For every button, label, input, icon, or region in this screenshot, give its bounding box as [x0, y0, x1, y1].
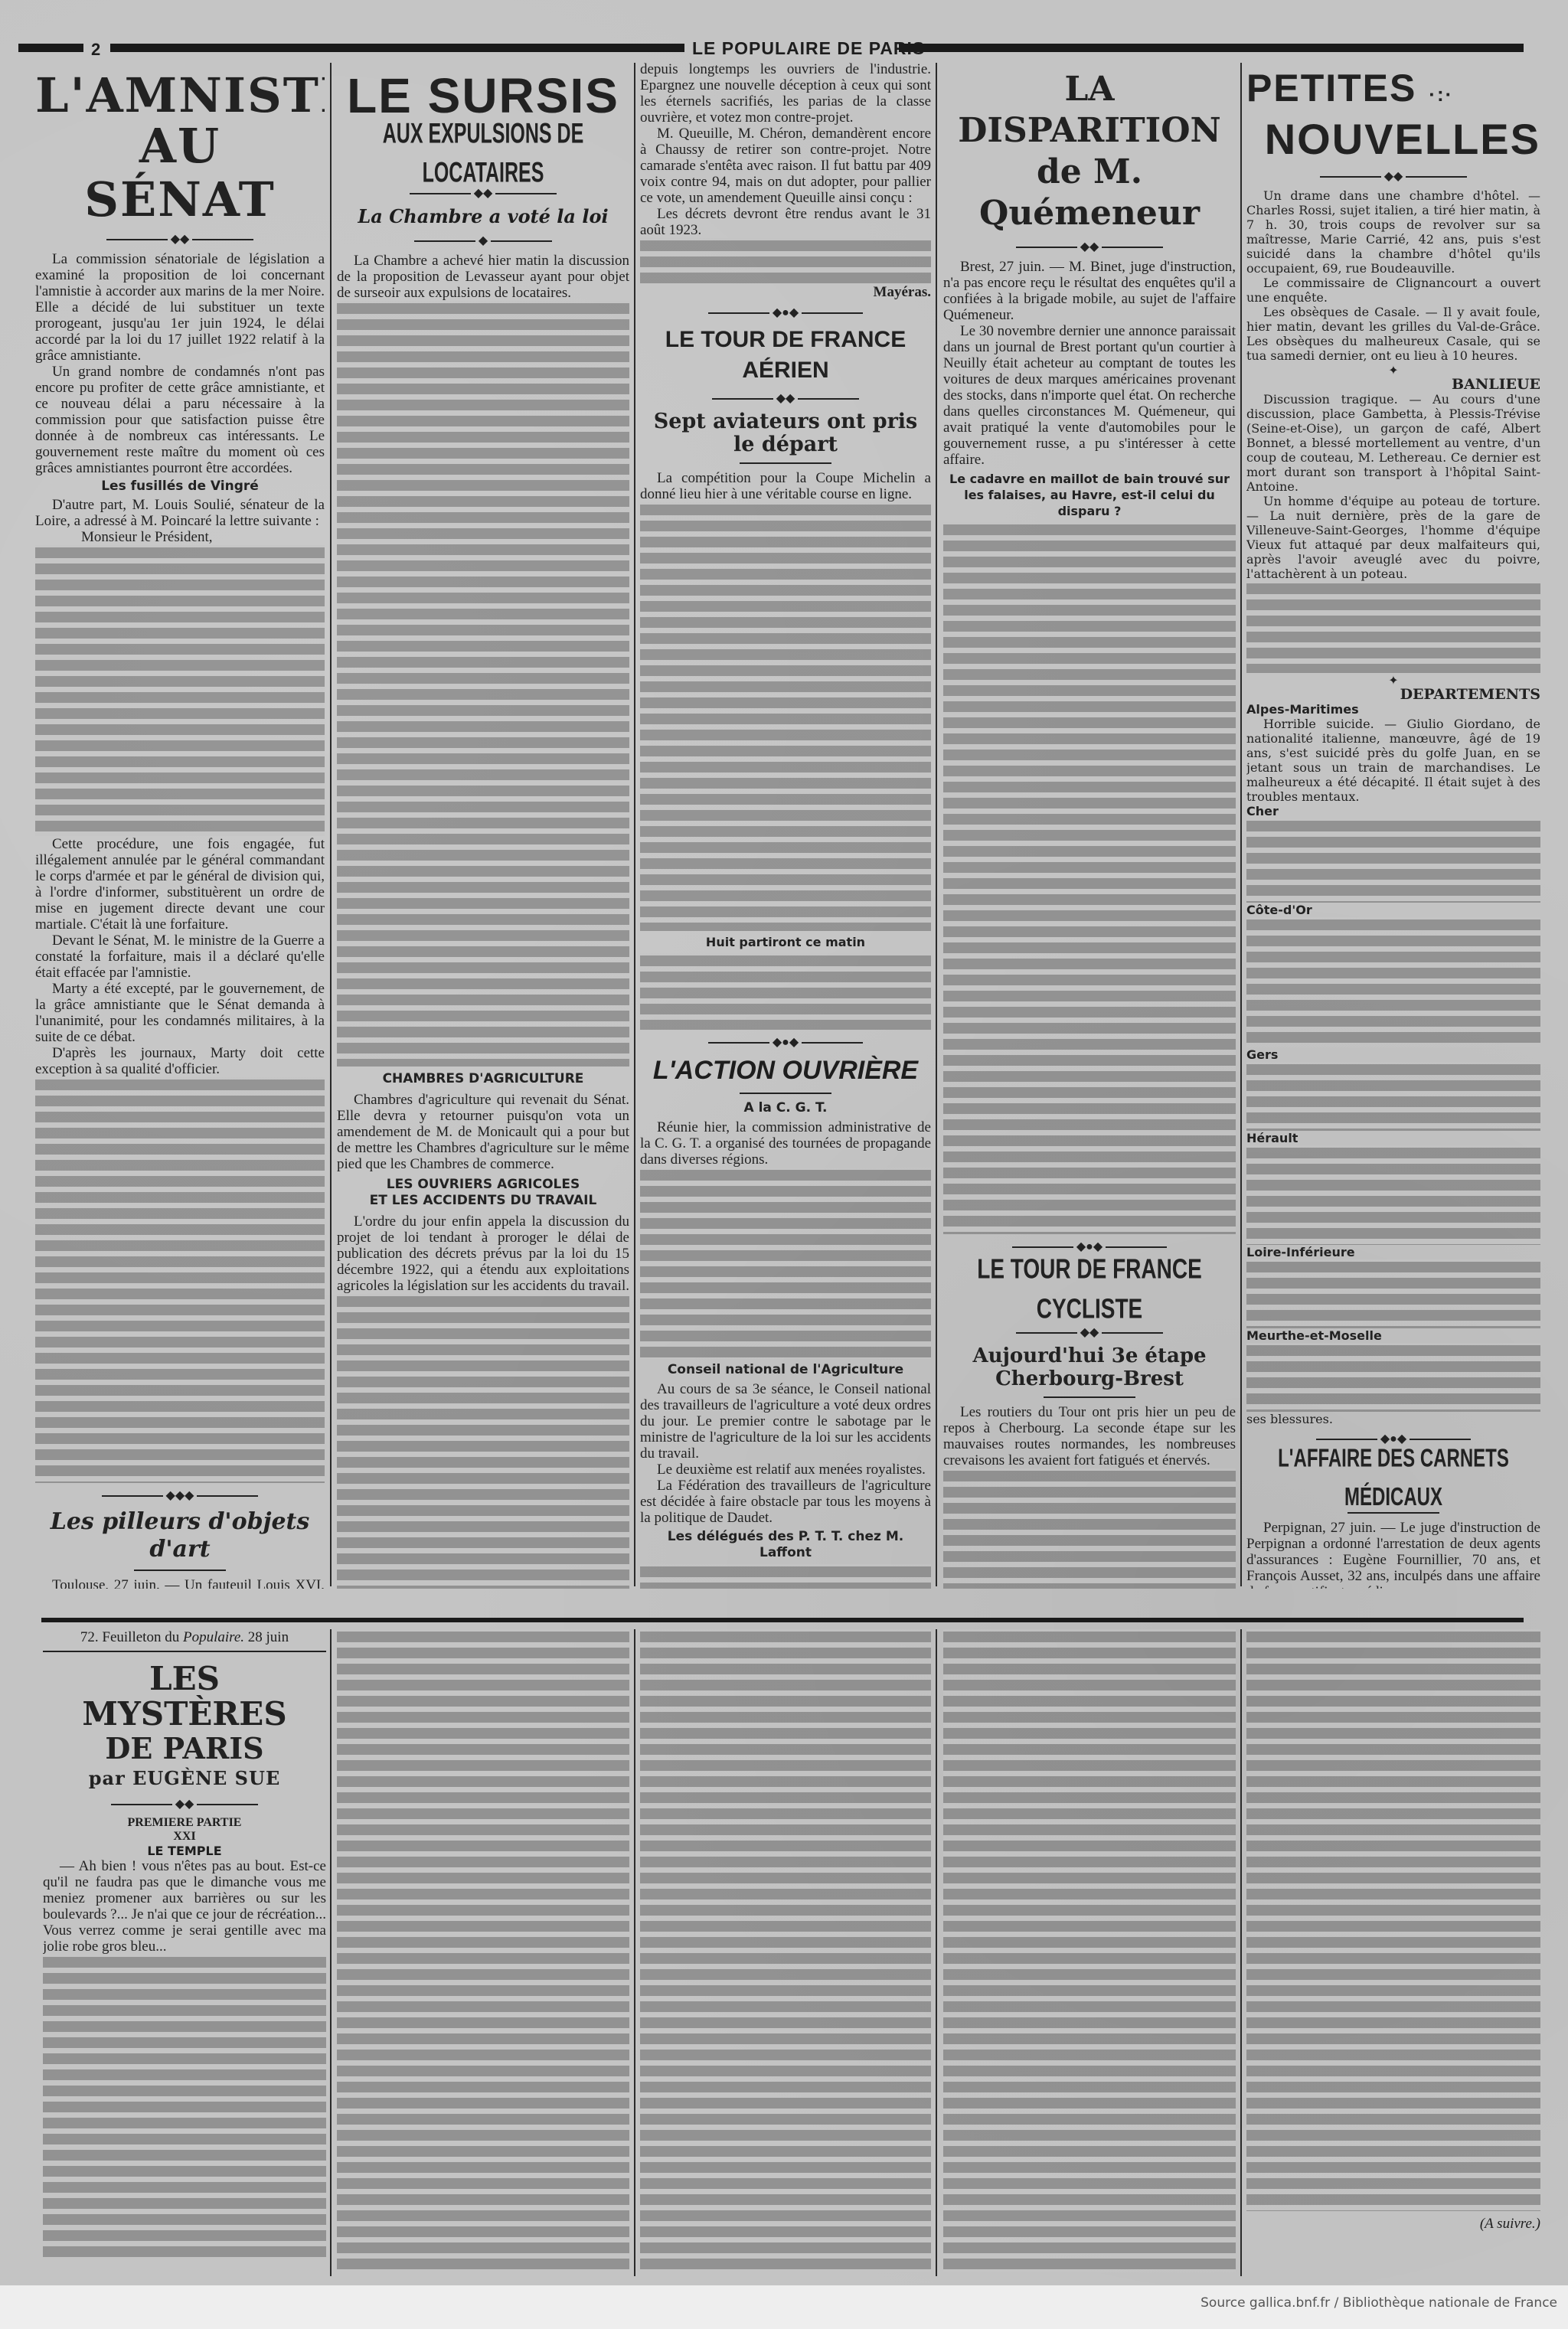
text-block — [640, 1629, 931, 2272]
feuilleton-column-3 — [640, 1629, 931, 2272]
headline-petites: PETITES ·:· — [1246, 67, 1540, 115]
page-header-rule: 2 LE POPULAIRE DE PARIS — [18, 40, 1524, 55]
paragraph: La Chambre a achevé hier matin la discus… — [337, 253, 629, 301]
paragraph: Perpignan, 27 juin. — Le juge d'instruct… — [1246, 1520, 1540, 1589]
ornament-divider: ◆●◆ — [640, 1034, 931, 1050]
headline-carnets-medicaux: L'AFFAIRE DES CARNETS MÉDICAUX — [1246, 1440, 1540, 1517]
subhead-ptt: Les délégués des P. T. T. chez M. Laffon… — [640, 1529, 931, 1561]
paragraph: La compétition pour la Coupe Michelin a … — [640, 470, 931, 502]
paragraph: Les routiers du Tour ont pris hier un pe… — [943, 1404, 1236, 1468]
dept-gers: Gers — [1246, 1047, 1540, 1062]
text-block — [1246, 1259, 1540, 1328]
ornament-divider: ◆ — [337, 233, 629, 248]
dept-meurthe-et-moselle: Meurthe-et-Moselle — [1246, 1328, 1540, 1343]
masthead: LE POPULAIRE DE PARIS — [692, 38, 925, 59]
headline-petites-text: PETITES — [1246, 67, 1416, 109]
article-amnistie-body: La commission sénatoriale de législation… — [35, 251, 325, 1589]
headline-nouvelles: NOUVELLES — [1246, 115, 1540, 164]
headline-amnistie-1: L'AMNISTIE — [35, 72, 325, 119]
text-block — [337, 1629, 629, 2272]
header-rule-edge — [18, 44, 83, 52]
short-rule — [740, 462, 831, 464]
subhead-chambres-agriculture: CHAMBRES D'AGRICULTURE — [337, 1071, 629, 1087]
subhead-ouvriers-agricoles-1: LES OUVRIERS AGRICOLES — [337, 1177, 629, 1193]
ornament-divider: ◆◆◆ — [35, 1488, 325, 1504]
section-banlieue: BANLIEUE — [1246, 377, 1540, 392]
ornament-divider: ◆◆ — [1246, 168, 1540, 184]
ornament-divider: ◆◆ — [943, 239, 1236, 254]
paragraph: Les décrets devront être rendus avant le… — [640, 206, 931, 238]
dept-loire-inferieure: Loire-Inférieure — [1246, 1245, 1540, 1259]
dept-cher: Cher — [1246, 804, 1540, 818]
text-block — [35, 545, 325, 836]
headline-disparition-1: LA DISPARITION — [943, 69, 1236, 152]
column-divider — [634, 1629, 635, 2276]
column-divider — [330, 63, 332, 1586]
article-aerien-body: La compétition pour la Coupe Michelin a … — [640, 470, 931, 1030]
news-item: Horrible suicide. — Giulio Giordano, de … — [1246, 717, 1540, 804]
article-carnets-body: Perpignan, 27 juin. — Le juge d'instruct… — [1246, 1520, 1540, 1589]
feuilleton-column-2 — [337, 1629, 629, 2272]
column-amnistie: L'AMNISTIE AU SÉNAT ◆◆ La commission sén… — [35, 61, 325, 1589]
feuilleton-column-1: 72. Feuilleton du Populaire. 28 juin LES… — [43, 1629, 326, 2272]
paragraph: depuis longtemps les ouvriers de l'indus… — [640, 61, 931, 126]
headline-pilleurs: Les pilleurs d'objets d'art — [35, 1508, 325, 1563]
headline-amnistie-2: AU SÉNAT — [35, 119, 325, 227]
subhead-vingre: Les fusillés de Vingré — [35, 479, 325, 495]
article-sursis-body: La Chambre a achevé hier matin la discus… — [337, 253, 629, 1589]
text-block — [337, 1294, 629, 1589]
subhead-huit-partiront: Huit partiront ce matin — [640, 934, 931, 950]
news-item: ses blessures. — [1246, 1412, 1540, 1426]
article-action-body: A la C. G. T. Réunie hier, la commission… — [640, 1100, 931, 1589]
column-divider — [936, 1629, 937, 2276]
text-block — [1246, 818, 1540, 903]
feuilleton-chapter: XXI — [43, 1830, 326, 1844]
paragraph: Réunie hier, la commission administrativ… — [640, 1119, 931, 1168]
column-petites-nouvelles: PETITES ·:· NOUVELLES ◆◆ Un drame dans u… — [1246, 61, 1540, 1589]
feuilleton-title-2: DE PARIS — [43, 1732, 326, 1766]
column-divider — [936, 63, 937, 1586]
paragraph: Toulouse, 27 juin. — Un fauteuil Louis X… — [35, 1577, 325, 1589]
news-item: Un drame dans une chambre d'hôtel. — Cha… — [1246, 188, 1540, 276]
short-rule — [1044, 1396, 1135, 1398]
text-block — [943, 1468, 1236, 1589]
headline-tour-cycliste: LE TOUR DE FRANCE CYCLISTE — [943, 1249, 1236, 1329]
paragraph: M. Queuille, M. Chéron, demandèrent enco… — [640, 126, 931, 206]
paragraph: Chambres d'agriculture qui revenait du S… — [337, 1092, 629, 1172]
paragraph: La commission sénatoriale de législation… — [35, 251, 325, 364]
deck-aviateurs: Sept aviateurs ont pris le départ — [640, 410, 931, 456]
paragraph: D'après les journaux, Marty doit cette e… — [35, 1045, 325, 1077]
feuilleton-column-5: (A suivre.) — [1246, 1629, 1540, 2272]
column-divider — [1240, 63, 1242, 1586]
ornament-divider: ◆◆ — [35, 231, 325, 247]
paragraph: L'ordre du jour enfin appela la discussi… — [337, 1213, 629, 1294]
deck-chambre: La Chambre a voté la loi — [337, 205, 629, 228]
text-block — [1246, 1145, 1540, 1245]
article-quemeneur-body: Brest, 27 juin. — M. Binet, juge d'instr… — [943, 259, 1236, 1234]
feuilleton-rule — [41, 1618, 1524, 1622]
header-rule-right — [899, 44, 1524, 52]
deck-etape: Aujourd'hui 3e étape Cherbourg-Brest — [943, 1344, 1236, 1390]
paragraph: Brest, 27 juin. — M. Binet, juge d'instr… — [943, 259, 1236, 323]
paragraph: Le 30 novembre dernier une annonce parai… — [943, 323, 1236, 468]
text-block — [43, 1955, 326, 2261]
news-item: Discussion tragique. — Au cours d'une di… — [1246, 392, 1540, 494]
subhead-cadavre: Le cadavre en maillot de bain trouvé sur… — [943, 471, 1236, 519]
feuilleton-number-line: 72. Feuilleton du Populaire. 28 juin — [43, 1629, 326, 1646]
news-item: Les obsèques de Casale. — Il y avait fou… — [1246, 305, 1540, 363]
text-block — [1246, 917, 1540, 1047]
paragraph: Devant le Sénat, M. le ministre de la Gu… — [35, 933, 325, 981]
text-block — [337, 301, 629, 1067]
dept-herault: Hérault — [1246, 1131, 1540, 1145]
paragraph: Monsieur le Président, — [35, 529, 325, 545]
header-rule-mid — [175, 44, 684, 52]
paragraph: Au cours de sa 3e séance, le Conseil nat… — [640, 1381, 931, 1462]
section-departements: DEPARTEMENTS — [1246, 688, 1540, 702]
paragraph: Un grand nombre de condamnés n'ont pas e… — [35, 364, 325, 476]
feuilleton-chapter-title: LE TEMPLE — [43, 1844, 326, 1858]
subhead-cgt: A la C. G. T. — [640, 1100, 931, 1116]
column-continued: depuis longtemps les ouvriers de l'indus… — [640, 61, 931, 1589]
subhead-ouvriers-agricoles-2: ET LES ACCIDENTS DU TRAVAIL — [337, 1193, 629, 1209]
continued-body: depuis longtemps les ouvriers de l'indus… — [640, 61, 931, 300]
column-divider — [634, 63, 635, 1586]
short-rule — [740, 1093, 831, 1094]
rule — [43, 1651, 326, 1652]
column-quemeneur: LA DISPARITION de M. Quémeneur ◆◆ Brest,… — [943, 61, 1236, 1589]
ornament-divider: ◆◆ — [43, 1796, 326, 1811]
feuilleton-body: — Ah bien ! vous n'êtes pas au bout. Est… — [43, 1858, 326, 2261]
dept-cote-dor: Côte-d'Or — [1246, 903, 1540, 917]
text-block — [35, 1077, 325, 1483]
text-block — [1246, 1343, 1540, 1412]
text-block — [1246, 581, 1540, 673]
text-block — [640, 502, 931, 931]
signature: Mayéras. — [640, 284, 931, 300]
paragraph: Marty a été excepté, par le gouvernement… — [35, 981, 325, 1045]
text-block — [640, 238, 931, 284]
short-rule — [134, 1570, 226, 1571]
text-block — [1246, 1629, 1540, 2211]
ornament-icon: ·:· — [1429, 83, 1453, 106]
text-block — [640, 1168, 931, 1359]
headline-tour-aerien: LE TOUR DE FRANCE AÉRIEN — [640, 325, 931, 386]
source-credit: Source gallica.bnf.fr / Bibliothèque nat… — [1200, 2295, 1557, 2311]
column-sursis: LE SURSIS AUX EXPULSIONS DE LOCATAIRES ◆… — [337, 61, 629, 1589]
feuilleton-number: 72. Feuilleton du — [80, 1629, 179, 1645]
news-item: Un homme d'équipe au poteau de torture. … — [1246, 494, 1540, 581]
feuilleton-column-4 — [943, 1629, 1236, 2272]
text-block — [943, 522, 1236, 1234]
article-cycliste-body: Les routiers du Tour ont pris hier un pe… — [943, 1404, 1236, 1589]
feuilleton-title-1: LES MYSTÈRES — [43, 1661, 326, 1732]
feuilleton-part: PREMIERE PARTIE — [43, 1816, 326, 1830]
paragraph: Cette procédure, une fois engagée, fut i… — [35, 836, 325, 933]
feuilleton-author: par EUGÈNE SUE — [43, 1766, 326, 1792]
text-block — [640, 1564, 931, 1589]
newspaper-page: 2 LE POPULAIRE DE PARIS L'AMNISTIE AU SÉ… — [0, 0, 1568, 2285]
headline-disparition-2: de M. Quémeneur — [943, 152, 1236, 234]
petites-nouvelles-body: Un drame dans une chambre d'hôtel. — Cha… — [1246, 188, 1540, 1426]
paragraph: — Ah bien ! vous n'êtes pas au bout. Est… — [43, 1858, 326, 1955]
ornament-divider: ◆●◆ — [640, 305, 931, 320]
subheadline-expulsions: AUX EXPULSIONS DE LOCATAIRES — [337, 114, 629, 192]
a-suivre: (A suivre.) — [1246, 2216, 1540, 2233]
dept-alpes-maritimes: Alpes-Maritimes — [1246, 702, 1540, 717]
paragraph: La Fédération des travailleurs de l'agri… — [640, 1478, 931, 1526]
news-item: Le commissaire de Clignancourt a ouvert … — [1246, 276, 1540, 305]
column-divider — [330, 1629, 332, 2276]
feuilleton-paper: Populaire. — [183, 1629, 244, 1645]
page-number: 2 — [91, 40, 100, 60]
headline-action-ouvriere: L'ACTION OUVRIÈRE — [640, 1054, 931, 1086]
feuilleton-date: 28 juin — [248, 1629, 289, 1645]
text-block — [943, 1629, 1236, 2272]
ornament-divider: ◆◆ — [640, 390, 931, 406]
text-block — [640, 953, 931, 1030]
paragraph: D'autre part, M. Louis Soulié, sénateur … — [35, 497, 325, 529]
column-divider — [1240, 1629, 1242, 2276]
text-block — [1246, 1062, 1540, 1131]
subhead-conseil-agriculture: Conseil national de l'Agriculture — [640, 1362, 931, 1378]
paragraph: Le deuxième est relatif aux menées royal… — [640, 1462, 931, 1478]
